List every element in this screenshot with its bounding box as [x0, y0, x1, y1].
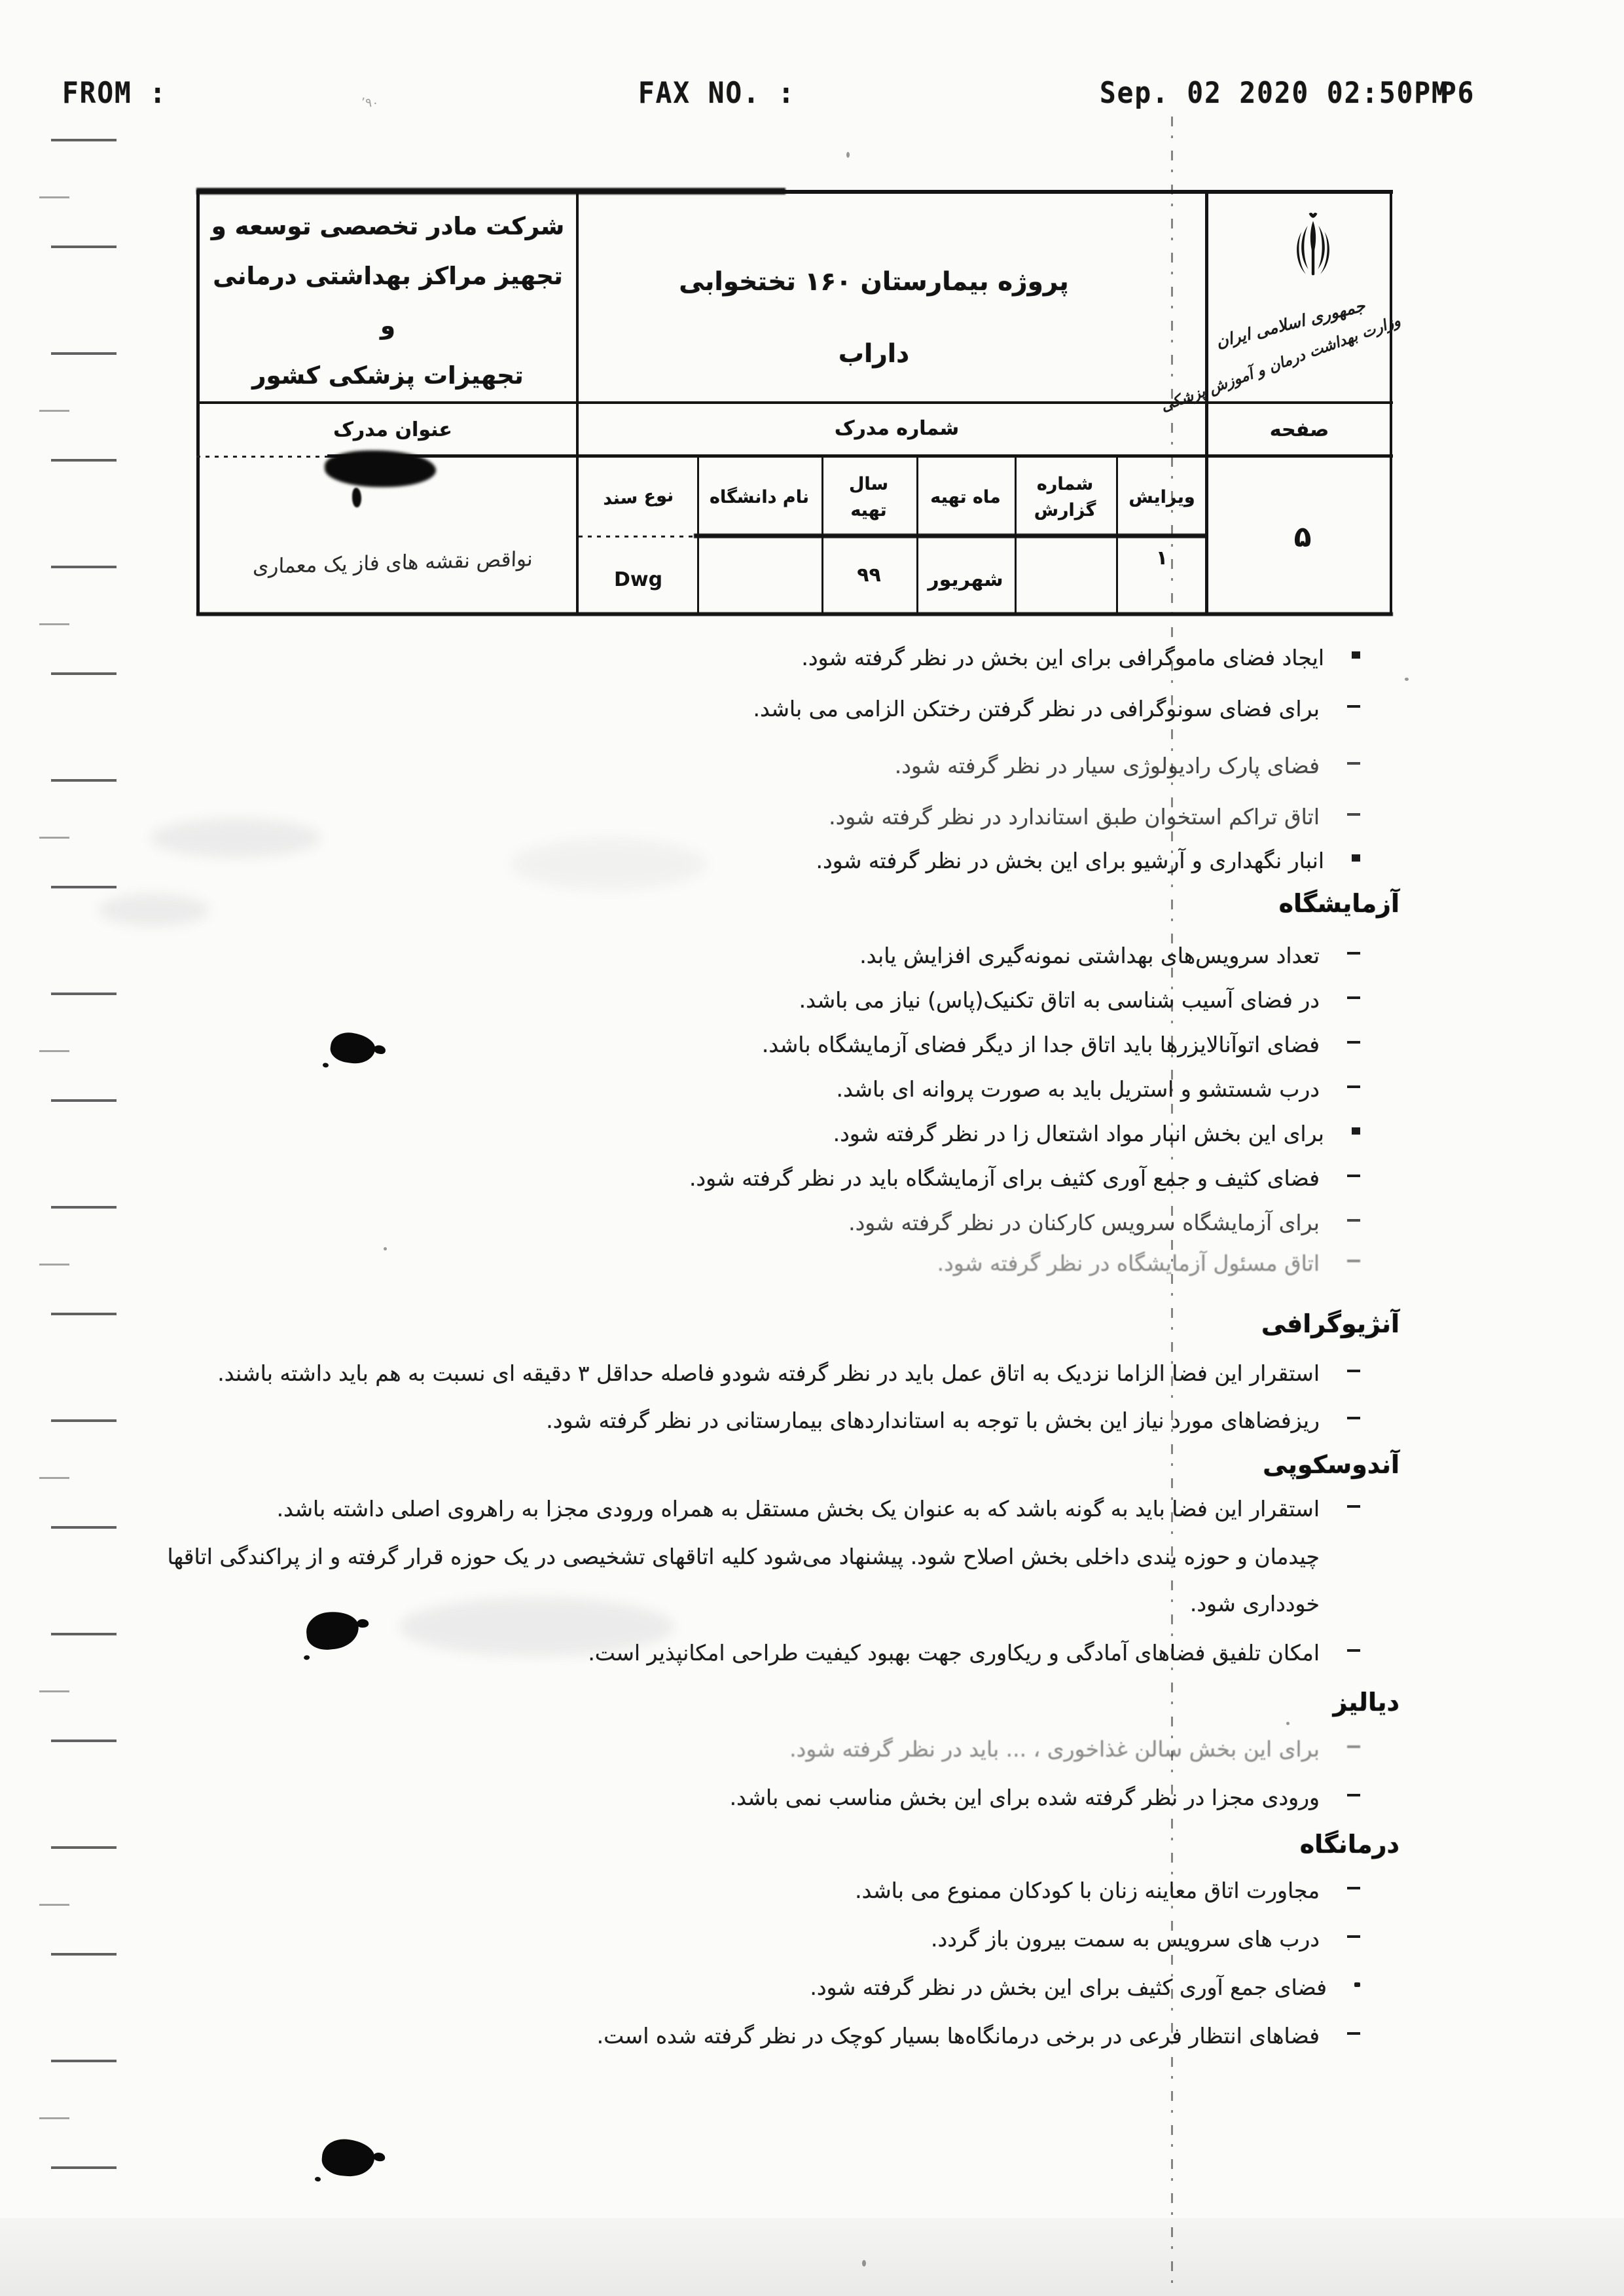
bullet-marker [1352, 1127, 1360, 1135]
bullet-item: اتاق تراکم استخوان طبق استاندارد در نظر … [829, 804, 1360, 829]
scan-speck [1405, 678, 1409, 681]
bullet-text: درب های سرویس به سمت بیرون باز گردد. [931, 1926, 1320, 1952]
bullet-marker [1347, 1260, 1360, 1262]
paragraph-continuation: خودداری شود. [1190, 1591, 1320, 1616]
bullet-item: امکان تلفیق فضاهای آمادگی و ریکاوری جهت … [588, 1640, 1360, 1666]
bullet-item: فضای کثیف و جمع آوری کثیف برای آزمایشگاه… [689, 1165, 1360, 1191]
bullet-marker [1347, 1887, 1360, 1889]
report-body: ایجاد فضای ماموگرافی برای این بخش در نظر… [98, 0, 1402, 2296]
bullet-text: برای این بخش انبار مواد اشتعال زا در نظر… [833, 1121, 1324, 1146]
bullet-item: استقرار این فضا الزاما نزدیک به اتاق عمل… [217, 1360, 1360, 1386]
bullet-text: فضای کثیف و جمع آوری کثیف برای آزمایشگاه… [689, 1165, 1320, 1191]
bullet-marker [1347, 2032, 1360, 2035]
faint-smudge [151, 818, 321, 858]
bullet-text: ایجاد فضای ماموگرافی برای این بخش در نظر… [801, 645, 1324, 670]
faint-smudge [399, 1597, 674, 1656]
bullet-marker [1347, 952, 1360, 955]
bullet-item: فضای اتوآنالایزرها باید اتاق جدا از دیگر… [762, 1032, 1360, 1057]
bullet-item: ریزفضاهای مورد نیاز این بخش با توجه به ا… [546, 1408, 1360, 1433]
bullet-marker [1347, 705, 1360, 708]
section-heading-laboratory: آزمایشگاه [1279, 889, 1399, 918]
bullet-item: ایجاد فضای ماموگرافی برای این بخش در نظر… [801, 645, 1360, 670]
scan-speck [1286, 1722, 1290, 1725]
bullet-item: درب های سرویس به سمت بیرون باز گردد. [931, 1926, 1360, 1952]
bullet-marker [1347, 1745, 1360, 1748]
bullet-text: در فضای آسیب شناسی به اتاق تکنیک(پاس) نی… [799, 987, 1320, 1013]
bullet-marker [1347, 996, 1360, 999]
bullet-text: برای فضای سونوگرافی در نظر گرفتن رختکن ا… [753, 696, 1320, 721]
bullet-item: برای این بخش سالن غذاخوری ، ... باید در … [789, 1736, 1360, 1762]
bullet-item: برای فضای سونوگرافی در نظر گرفتن رختکن ا… [753, 696, 1360, 721]
scan-speck [384, 1247, 387, 1250]
bullet-marker [1347, 1041, 1360, 1044]
paragraph-line: چیدمان و حوزه بندی داخلی بخش اصلاح شود. … [167, 1544, 1320, 1569]
bullet-marker [1347, 1649, 1360, 1652]
bullet-marker [1347, 1219, 1360, 1222]
section-heading-clinic: درمانگاه [1300, 1830, 1399, 1859]
bullet-text: فضای پارک رادیولوژی سیار در نظر گرفته شو… [895, 753, 1320, 778]
bullet-item: ورودی مجزا در نظر گرفته شده برای این بخش… [730, 1785, 1360, 1810]
bullet-text: برای آزمایشگاه سرویس کارکنان در نظر گرفت… [848, 1210, 1320, 1235]
bullet-item: برای آزمایشگاه سرویس کارکنان در نظر گرفت… [848, 1210, 1360, 1235]
bullet-text: درب شستشو و استریل باید به صورت پروانه ا… [836, 1076, 1320, 1102]
bullet-text: فضاهای انتظار فرعی در برخی درمانگاه‌ها ب… [597, 2023, 1320, 2049]
bullet-text: تعداد سرویس‌های بهداشتی نمونه‌گیری افزای… [859, 943, 1320, 968]
bullet-item: استقرار این فضا باید به گونه باشد که به … [277, 1496, 1360, 1522]
bullet-text: استقرار این فضا الزاما نزدیک به اتاق عمل… [217, 1360, 1320, 1386]
bullet-item: فضای جمع آوری کثیف برای این بخش در نظر گ… [810, 1975, 1360, 2000]
bullet-marker [1354, 1982, 1360, 1987]
bullet-marker [1352, 854, 1360, 862]
bullet-marker [1352, 651, 1360, 659]
bullet-marker [1347, 813, 1360, 816]
bullet-item: فضای پارک رادیولوژی سیار در نظر گرفته شو… [895, 753, 1360, 778]
bullet-marker [1347, 1935, 1360, 1938]
fax-page-code: P6 [1440, 76, 1475, 110]
bullet-item: فضاهای انتظار فرعی در برخی درمانگاه‌ها ب… [597, 2023, 1360, 2049]
section-heading-endoscopy: آندوسکوپی [1263, 1450, 1399, 1479]
bullet-item: برای این بخش انبار مواد اشتعال زا در نظر… [833, 1121, 1360, 1146]
bullet-item: مجاورت اتاق معاینه زنان با کودکان ممنوع … [855, 1878, 1360, 1903]
bullet-text: فضای جمع آوری کثیف برای این بخش در نظر گ… [810, 1975, 1327, 2000]
bullet-marker [1347, 1175, 1360, 1177]
faint-smudge [511, 838, 707, 890]
bullet-text: امکان تلفیق فضاهای آمادگی و ریکاوری جهت … [588, 1640, 1320, 1666]
binding-margin-dashes-secondary [39, 196, 69, 2226]
bullet-marker [1347, 1370, 1360, 1372]
bullet-item: تعداد سرویس‌های بهداشتی نمونه‌گیری افزای… [859, 943, 1360, 968]
bullet-marker [1347, 1085, 1360, 1088]
bullet-item: اتاق مسئول آزمایشگاه در نظر گرفته شود. [937, 1250, 1360, 1276]
bullet-marker [1347, 1417, 1360, 1419]
bullet-marker [1347, 762, 1360, 765]
section-heading-angiography: آنژیوگرافی [1261, 1309, 1399, 1338]
bullet-marker [1347, 1794, 1360, 1796]
bullet-text: مجاورت اتاق معاینه زنان با کودکان ممنوع … [855, 1878, 1320, 1903]
bullet-text: برای این بخش سالن غذاخوری ، ... باید در … [789, 1736, 1320, 1762]
scan-speck [846, 152, 850, 158]
bullet-text: اتاق مسئول آزمایشگاه در نظر گرفته شود. [937, 1250, 1320, 1276]
bullet-item: درب شستشو و استریل باید به صورت پروانه ا… [836, 1076, 1360, 1102]
bullet-text: استقرار این فضا باید به گونه باشد که به … [277, 1496, 1320, 1522]
bullet-text: فضای اتوآنالایزرها باید اتاق جدا از دیگر… [762, 1032, 1320, 1057]
bullet-item: انبار نگهداری و آرشیو برای این بخش در نظ… [816, 848, 1360, 873]
bullet-text: اتاق تراکم استخوان طبق استاندارد در نظر … [829, 804, 1320, 829]
bullet-item: در فضای آسیب شناسی به اتاق تکنیک(پاس) نی… [799, 987, 1360, 1013]
bullet-text: ورودی مجزا در نظر گرفته شده برای این بخش… [730, 1785, 1320, 1810]
faint-smudge [98, 894, 209, 926]
bullet-marker [1347, 1505, 1360, 1508]
bullet-text: انبار نگهداری و آرشیو برای این بخش در نظ… [816, 848, 1324, 873]
scan-bottom-shadow [0, 2218, 1624, 2296]
bullet-text: ریزفضاهای مورد نیاز این بخش با توجه به ا… [546, 1408, 1320, 1433]
section-heading-dialysis: دیالیز [1333, 1688, 1399, 1717]
fax-page: FROM : FAX NO. : Sep. 02 2020 02:50PM P6… [0, 0, 1624, 2296]
